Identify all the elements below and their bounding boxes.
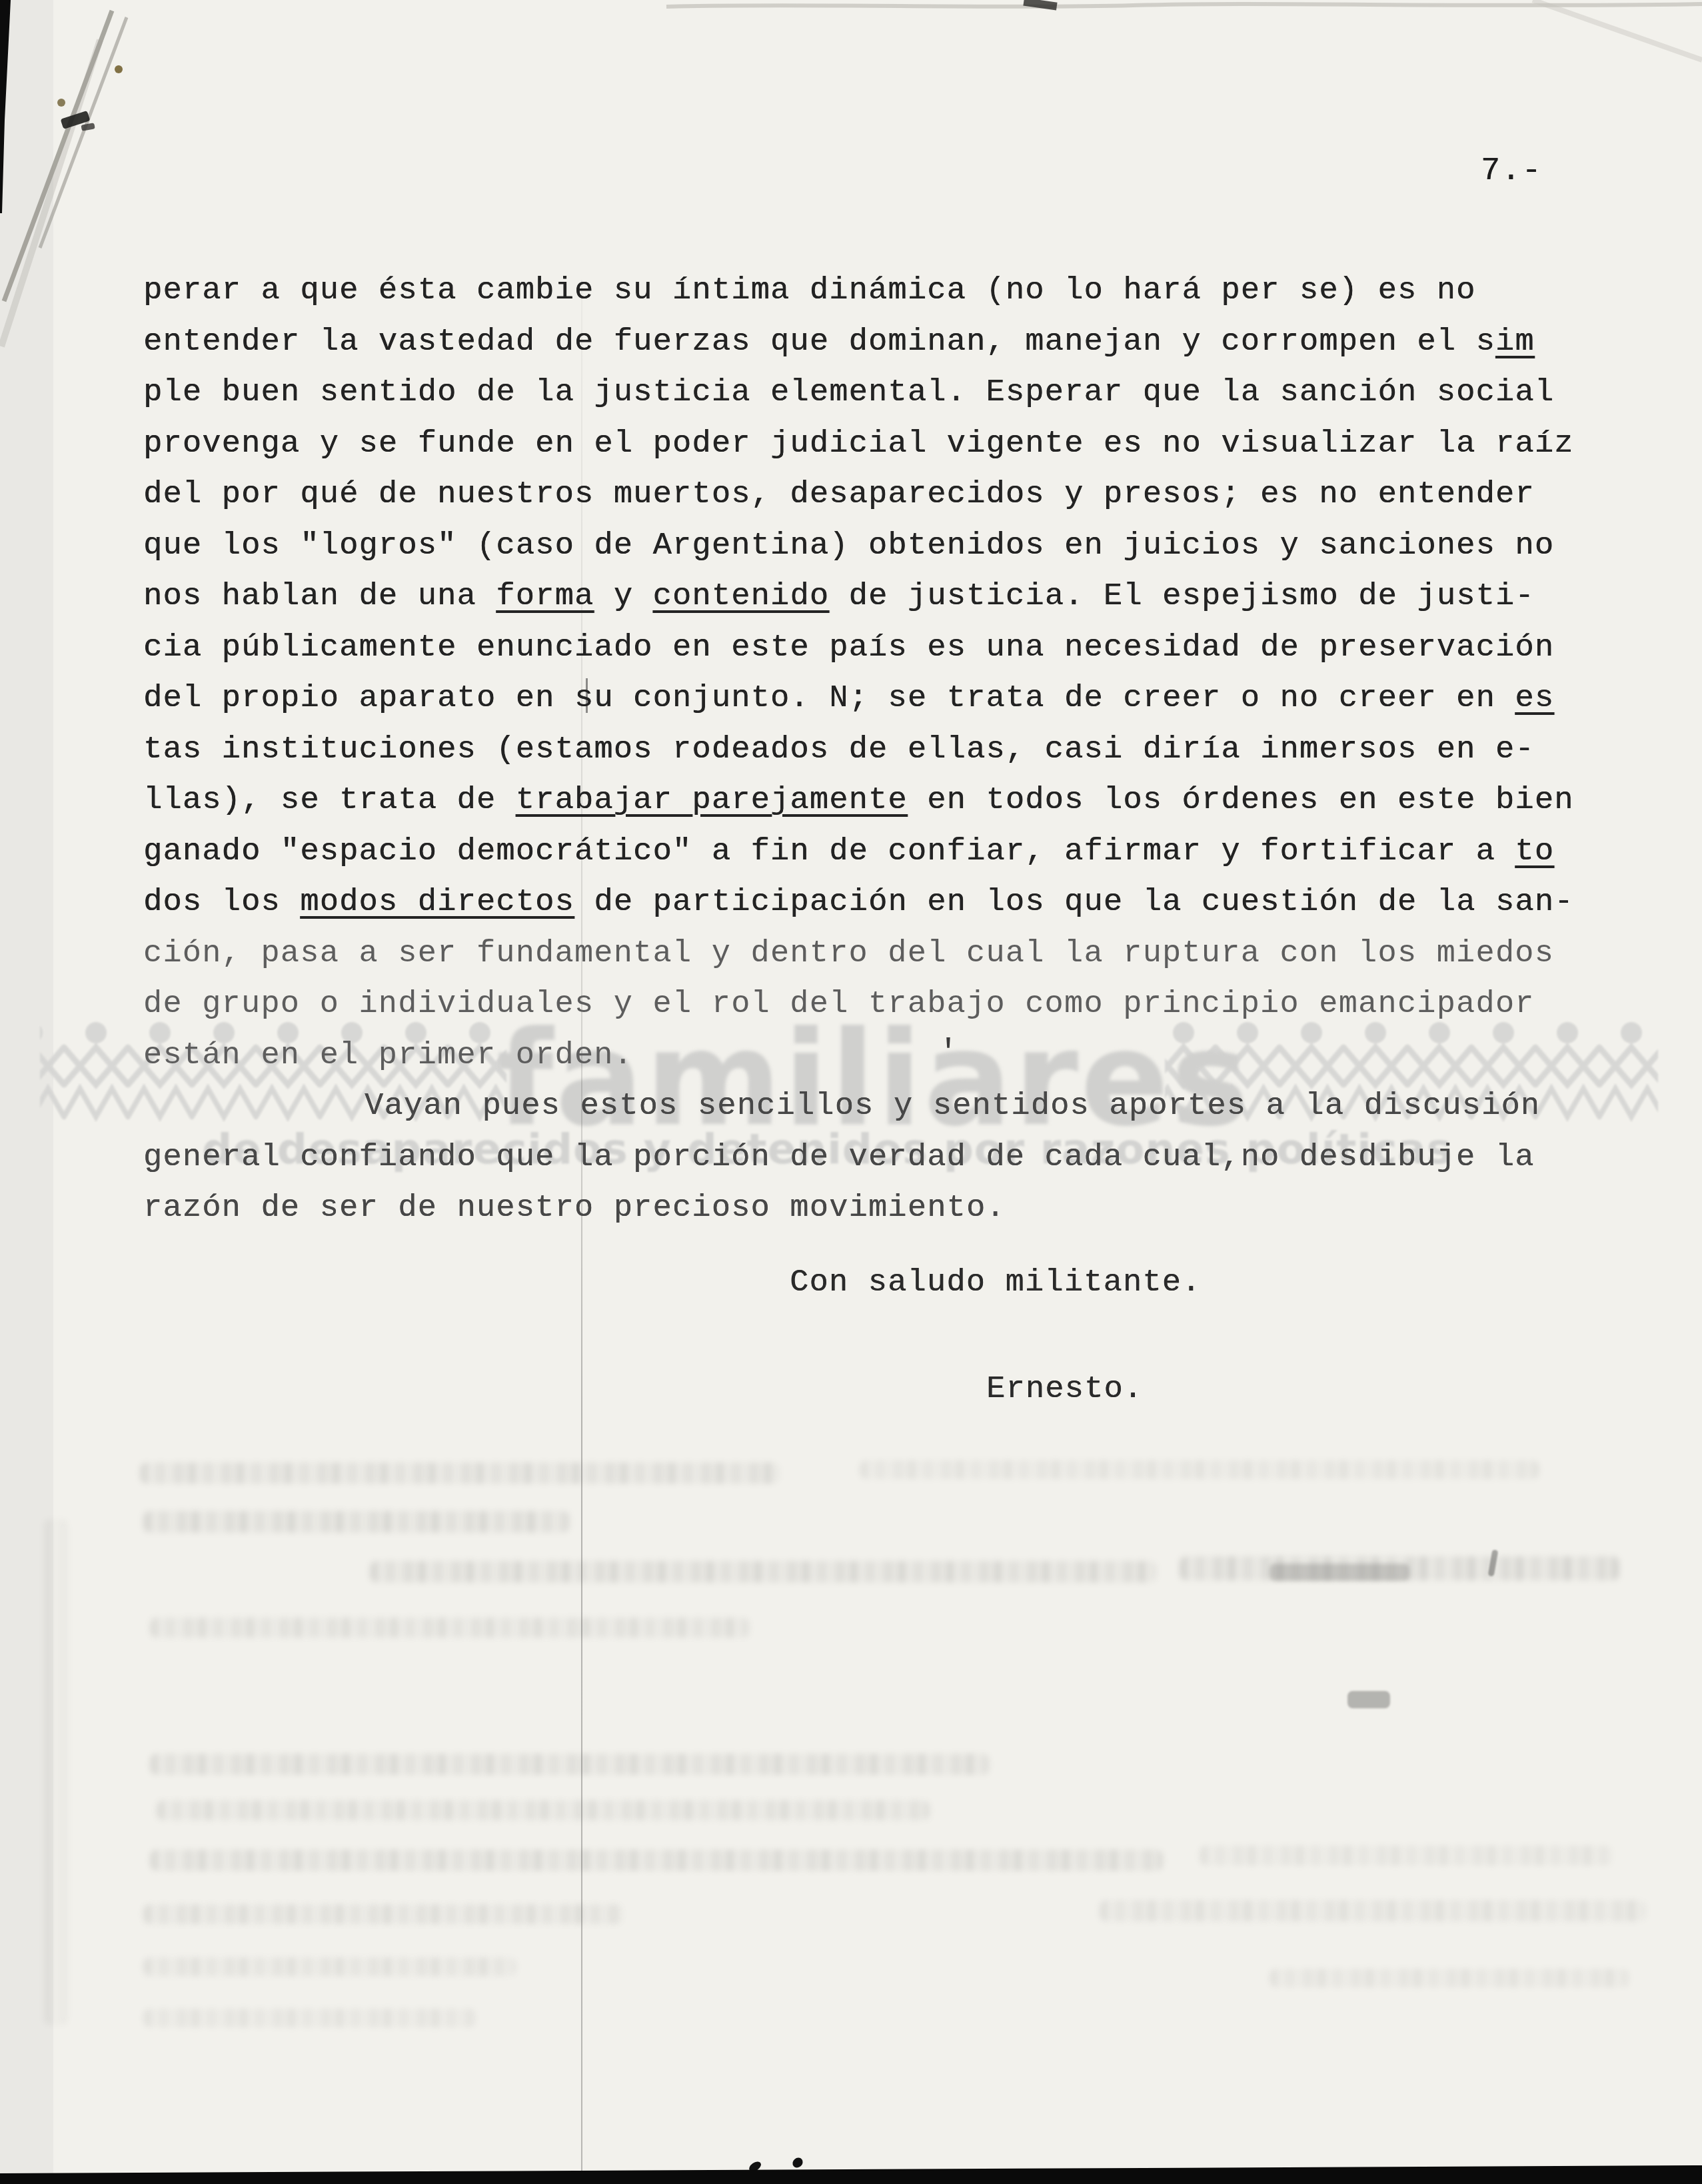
text-segment: ción, pasa a ser fundamental y dentro de…	[143, 936, 1554, 971]
text-line: nos hablan de una forma y contenido de j…	[143, 572, 1574, 623]
stray-apostrophe-mark: '	[938, 1034, 958, 1072]
text-segment: que los "logros" (caso de Argentina) obt…	[143, 528, 1554, 564]
bleed-through-line	[150, 1618, 750, 1638]
bleed-through-line	[1200, 1846, 1613, 1866]
text-segment: del propio aparato en su conjunto. N; se…	[143, 681, 1515, 716]
text-segment: provenga y se funde en el poder judicial…	[143, 426, 1574, 462]
bleed-through-line	[143, 2009, 476, 2027]
text-line: del propio aparato en su conjunto. N; se…	[143, 674, 1574, 725]
text-line: del por qué de nuestros muertos, desapar…	[143, 470, 1574, 521]
underlined-text: modos directos	[300, 885, 574, 920]
text-line: que los "logros" (caso de Argentina) obt…	[143, 521, 1574, 572]
text-line: llas), se trata de trabajar parejamente …	[143, 776, 1574, 827]
text-line: perar a que ésta cambie su íntima dinámi…	[143, 266, 1574, 317]
top-edge-blob	[1023, 0, 1057, 11]
text-line: están en el primer orden.	[143, 1031, 1574, 1082]
bleed-through-line	[143, 1904, 623, 1924]
ink-squiggle-mark	[1347, 1691, 1390, 1708]
top-right-crease	[1533, 0, 1702, 60]
text-segment: entender la vastedad de fuerzas que domi…	[143, 324, 1495, 360]
bleed-through-line	[1270, 1969, 1629, 1987]
bleed-through-line	[143, 1957, 516, 1976]
text-line: ple buen sentido de la justicia elementa…	[143, 368, 1574, 419]
bleed-through-line	[860, 1460, 1539, 1479]
bleed-through-fragment	[1270, 1564, 1409, 1581]
text-segment: cia públicamente enunciado en este país …	[143, 630, 1554, 666]
staple-mark	[61, 111, 95, 131]
text-line: ción, pasa a ser fundamental y dentro de…	[143, 929, 1574, 980]
text-segment: razón de ser de nuestro precioso movimie…	[143, 1191, 1006, 1226]
bleed-through-line	[370, 1561, 1156, 1582]
text-segment: dos los	[143, 885, 300, 920]
text-line: provenga y se funde en el poder judicial…	[143, 419, 1574, 470]
text-segment: tas instituciones (estamos rodeados de e…	[143, 732, 1535, 768]
text-segment: ple buen sentido de la justicia elementa…	[143, 375, 1554, 410]
bleed-through-margin	[44, 1519, 68, 2025]
text-segment: llas), se trata de	[143, 783, 516, 818]
body-text: perar a que ésta cambie su íntima dinámi…	[143, 266, 1574, 1416]
page-number: 7.-	[1481, 153, 1542, 189]
underlined-text: es	[1515, 681, 1554, 716]
scanned-document-page: familiares de desaparecidos y detenidos …	[0, 0, 1702, 2184]
text-segment: en todos los órdenes en este bien	[908, 783, 1574, 818]
bleed-through-line	[150, 1754, 990, 1775]
text-segment: y	[594, 579, 652, 614]
text-segment: perar a que ésta cambie su íntima dinámi…	[143, 273, 1476, 308]
bleed-through-line	[143, 1511, 570, 1532]
scan-edge-top-streak	[666, 4, 1702, 7]
closing-salutation: Con saludo militante.	[143, 1258, 1574, 1309]
text-segment: general confiando que la porción de verd…	[143, 1140, 1535, 1175]
text-segment: Vayan pues estos sencillos y sentidos ap…	[365, 1089, 1540, 1124]
text-line: de grupo o individuales y el rol del tra…	[143, 979, 1574, 1031]
text-line: cia públicamente enunciado en este país …	[143, 623, 1574, 674]
text-segment: ganado "espacio democrático" a fin de co…	[143, 834, 1515, 869]
text-line: razón de ser de nuestro precioso movimie…	[143, 1183, 1574, 1235]
bleed-through-line	[1100, 1900, 1646, 1921]
underlined-text: contenido	[653, 579, 830, 614]
text-line: tas instituciones (estamos rodeados de e…	[143, 725, 1574, 776]
text-line: general confiando que la porción de verd…	[143, 1133, 1574, 1184]
bleed-through-line	[157, 1800, 930, 1820]
bleed-through-line	[140, 1462, 780, 1484]
text-segment: de grupo o individuales y el rol del tra…	[143, 987, 1535, 1022]
bleed-through-line	[150, 1850, 1163, 1871]
underlined-text: trabajar parejamente	[516, 783, 908, 818]
text-line: Vayan pues estos sencillos y sentidos ap…	[143, 1081, 1574, 1133]
text-segment: de participación en los que la cuestión …	[574, 885, 1574, 920]
scan-edge-bottom	[0, 2165, 1702, 2184]
text-segment: de justicia. El espejismo de justi-	[829, 579, 1535, 614]
text-line: dos los modos directos de participación …	[143, 877, 1574, 929]
signature: Ernesto.	[143, 1365, 1574, 1416]
text-segment: nos hablan de una	[143, 579, 496, 614]
text-line: entender la vastedad de fuerzas que domi…	[143, 317, 1574, 368]
underlined-text: forma	[496, 579, 594, 614]
underlined-text: to	[1515, 834, 1554, 869]
text-segment: están en el primer orden.	[143, 1038, 633, 1073]
text-segment: del por qué de nuestros muertos, desapar…	[143, 477, 1535, 512]
underlined-text: im	[1495, 324, 1535, 360]
text-line: ganado "espacio democrático" a fin de co…	[143, 827, 1574, 878]
